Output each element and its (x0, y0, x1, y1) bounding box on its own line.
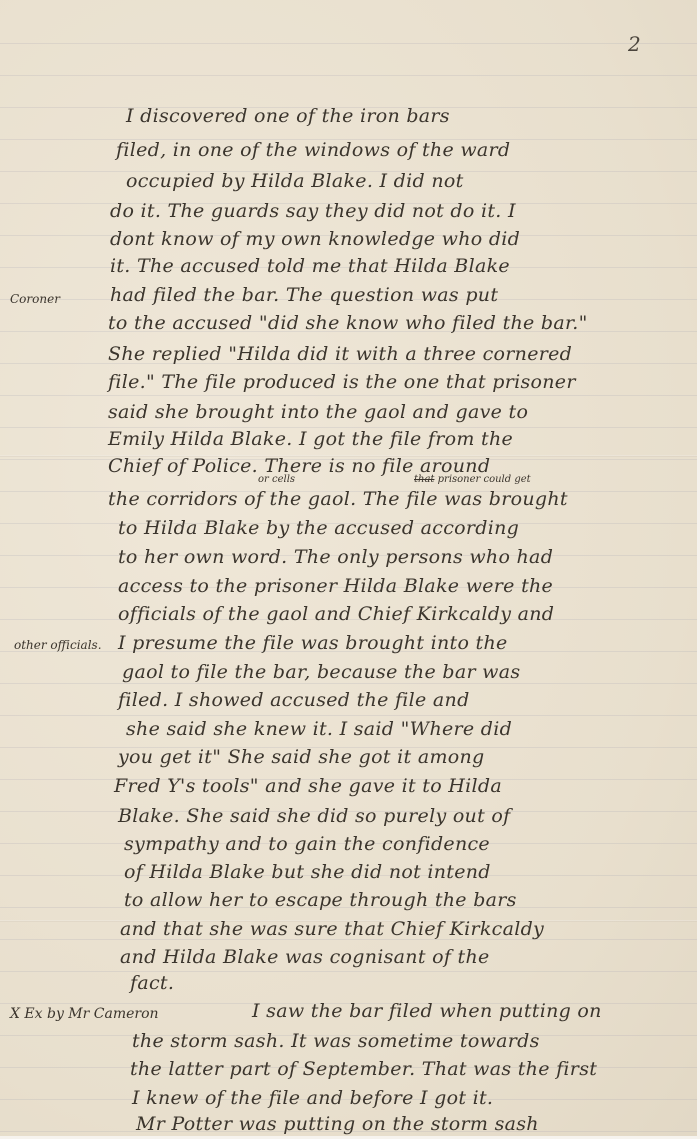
text-line: Mr Potter was putting on the storm sash (136, 1113, 539, 1135)
text-line: dont know of my own knowledge who did (110, 228, 520, 250)
text-line: the corridors of the gaol. The file was … (108, 488, 568, 510)
margin-note-coroner: Coroner (10, 292, 60, 306)
text-line: she said she knew it. I said "Where did (126, 718, 512, 740)
text-line: filed, in one of the windows of the ward (116, 139, 510, 161)
text-line: I knew of the file and before I got it. (132, 1087, 493, 1109)
text-line: Blake. She said she did so purely out of (118, 805, 510, 827)
margin-note-cross-examination: X Ex by Mr Cameron (10, 1006, 159, 1022)
text-line: I saw the bar filed when putting on (252, 1000, 602, 1022)
text-line: had filed the bar. The question was put (110, 284, 498, 306)
text-line: I presume the file was brought into the (118, 632, 508, 654)
text-line: officials of the gaol and Chief Kirkcald… (118, 603, 554, 625)
text-line: I discovered one of the iron bars (126, 105, 450, 127)
text-line: occupied by Hilda Blake. I did not (126, 170, 464, 192)
text-line: and Hilda Blake was cognisant of the (120, 946, 490, 968)
text-line: to her own word. The only persons who ha… (118, 546, 553, 568)
page-number: 2 (628, 32, 641, 56)
text-line: gaol to file the bar, because the bar wa… (122, 661, 520, 683)
text-line: to Hilda Blake by the accused according (118, 517, 519, 539)
text-line: filed. I showed accused the file and (118, 689, 470, 711)
text-line: said she brought into the gaol and gave … (108, 401, 528, 423)
interlinear-insertion: that prisoner could get (414, 474, 531, 485)
text-line: Emily Hilda Blake. I got the file from t… (108, 428, 513, 450)
text-line: the storm sash. It was sometime towards (132, 1030, 540, 1052)
text-line: to the accused "did she know who filed t… (108, 312, 588, 334)
inserted-text: prisoner could get (438, 474, 531, 485)
text-line: sympathy and to gain the confidence (124, 833, 490, 855)
text-line: it. The accused told me that Hilda Blake (110, 255, 510, 277)
text-line: of Hilda Blake but she did not intend (124, 861, 491, 883)
struck-word: that (414, 474, 434, 485)
interlinear-insertion: or cells (258, 474, 295, 485)
text-line: fact. (130, 972, 174, 994)
text-line: you get it" She said she got it among (118, 746, 485, 768)
text-line: access to the prisoner Hilda Blake were … (118, 575, 553, 597)
manuscript-page: 2 I discovered one of the iron bars file… (0, 0, 700, 1139)
text-line: to allow her to escape through the bars (124, 889, 517, 911)
text-line: Fred Y's tools" and she gave it to Hilda (114, 775, 502, 797)
margin-note-other-officials: other officials. (14, 638, 102, 652)
text-line: file." The file produced is the one that… (108, 371, 576, 393)
text-line: She replied "Hilda did it with a three c… (108, 343, 572, 365)
text-line: and that she was sure that Chief Kirkcal… (120, 918, 544, 940)
text-line: the latter part of September. That was t… (130, 1058, 597, 1080)
text-line: do it. The guards say they did not do it… (110, 200, 516, 222)
